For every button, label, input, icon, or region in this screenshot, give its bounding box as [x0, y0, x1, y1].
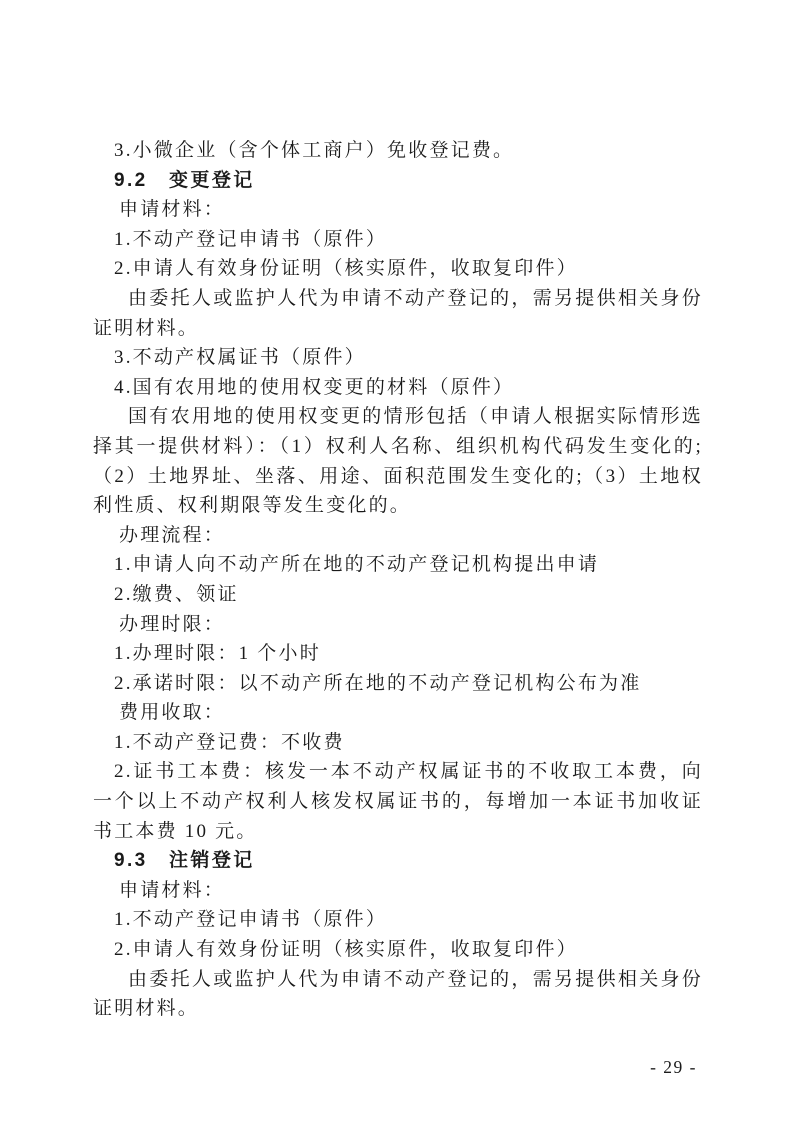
text-line: 2.申请人有效身份证明（核实原件，收取复印件）: [93, 935, 703, 965]
text-line: 一个以上不动产权利人核发权属证书的，每增加一本证书加收证: [93, 787, 703, 817]
text-line: 2.缴费、领证: [93, 580, 703, 610]
page-number: - 29 -: [650, 1057, 697, 1078]
text-line: 3.小微企业（含个体工商户）免收登记费。: [93, 136, 703, 166]
text-line: 1.申请人向不动产所在地的不动产登记机构提出申请: [93, 550, 703, 580]
text-line: 由委托人或监护人代为申请不动产登记的，需另提供相关身份: [93, 965, 703, 995]
text-line: 择其一提供材料）：（1）权利人名称、组织机构代码发生变化的;: [93, 432, 703, 462]
text-line: 3.不动产权属证书（原件）: [93, 343, 703, 373]
text-line: 办理流程：: [93, 521, 703, 551]
text-line: 2.证书工本费：核发一本不动产权属证书的不收取工本费，向: [93, 757, 703, 787]
section-heading: 9.3 注销登记: [93, 846, 703, 876]
text-line: 证明材料。: [93, 314, 703, 344]
section-heading: 9.2 变更登记: [93, 166, 703, 196]
text-line: 2.承诺时限：以不动产所在地的不动产登记机构公布为准: [93, 669, 703, 699]
text-line: （2）土地界址、坐落、用途、面积范围发生变化的;（3）土地权: [93, 462, 703, 492]
text-line: 费用收取：: [93, 698, 703, 728]
text-line: 由委托人或监护人代为申请不动产登记的，需另提供相关身份: [93, 284, 703, 314]
text-line: 1.不动产登记申请书（原件）: [93, 225, 703, 255]
text-line: 证明材料。: [93, 994, 703, 1024]
text-line: 2.申请人有效身份证明（核实原件，收取复印件）: [93, 254, 703, 284]
text-line: 申请材料：: [93, 195, 703, 225]
text-line: 书工本费 10 元。: [93, 817, 703, 847]
text-line: 申请材料：: [93, 876, 703, 906]
document-body: 3.小微企业（含个体工商户）免收登记费。9.2 变更登记申请材料：1.不动产登记…: [93, 136, 703, 1024]
text-line: 办理时限：: [93, 610, 703, 640]
text-line: 4.国有农用地的使用权变更的材料（原件）: [93, 373, 703, 403]
document-page: 3.小微企业（含个体工商户）免收登记费。9.2 变更登记申请材料：1.不动产登记…: [0, 0, 793, 1122]
text-line: 国有农用地的使用权变更的情形包括（申请人根据实际情形选: [93, 402, 703, 432]
text-line: 1.不动产登记费：不收费: [93, 728, 703, 758]
text-line: 1.办理时限：1 个小时: [93, 639, 703, 669]
text-line: 利性质、权利期限等发生变化的。: [93, 491, 703, 521]
text-line: 1.不动产登记申请书（原件）: [93, 905, 703, 935]
